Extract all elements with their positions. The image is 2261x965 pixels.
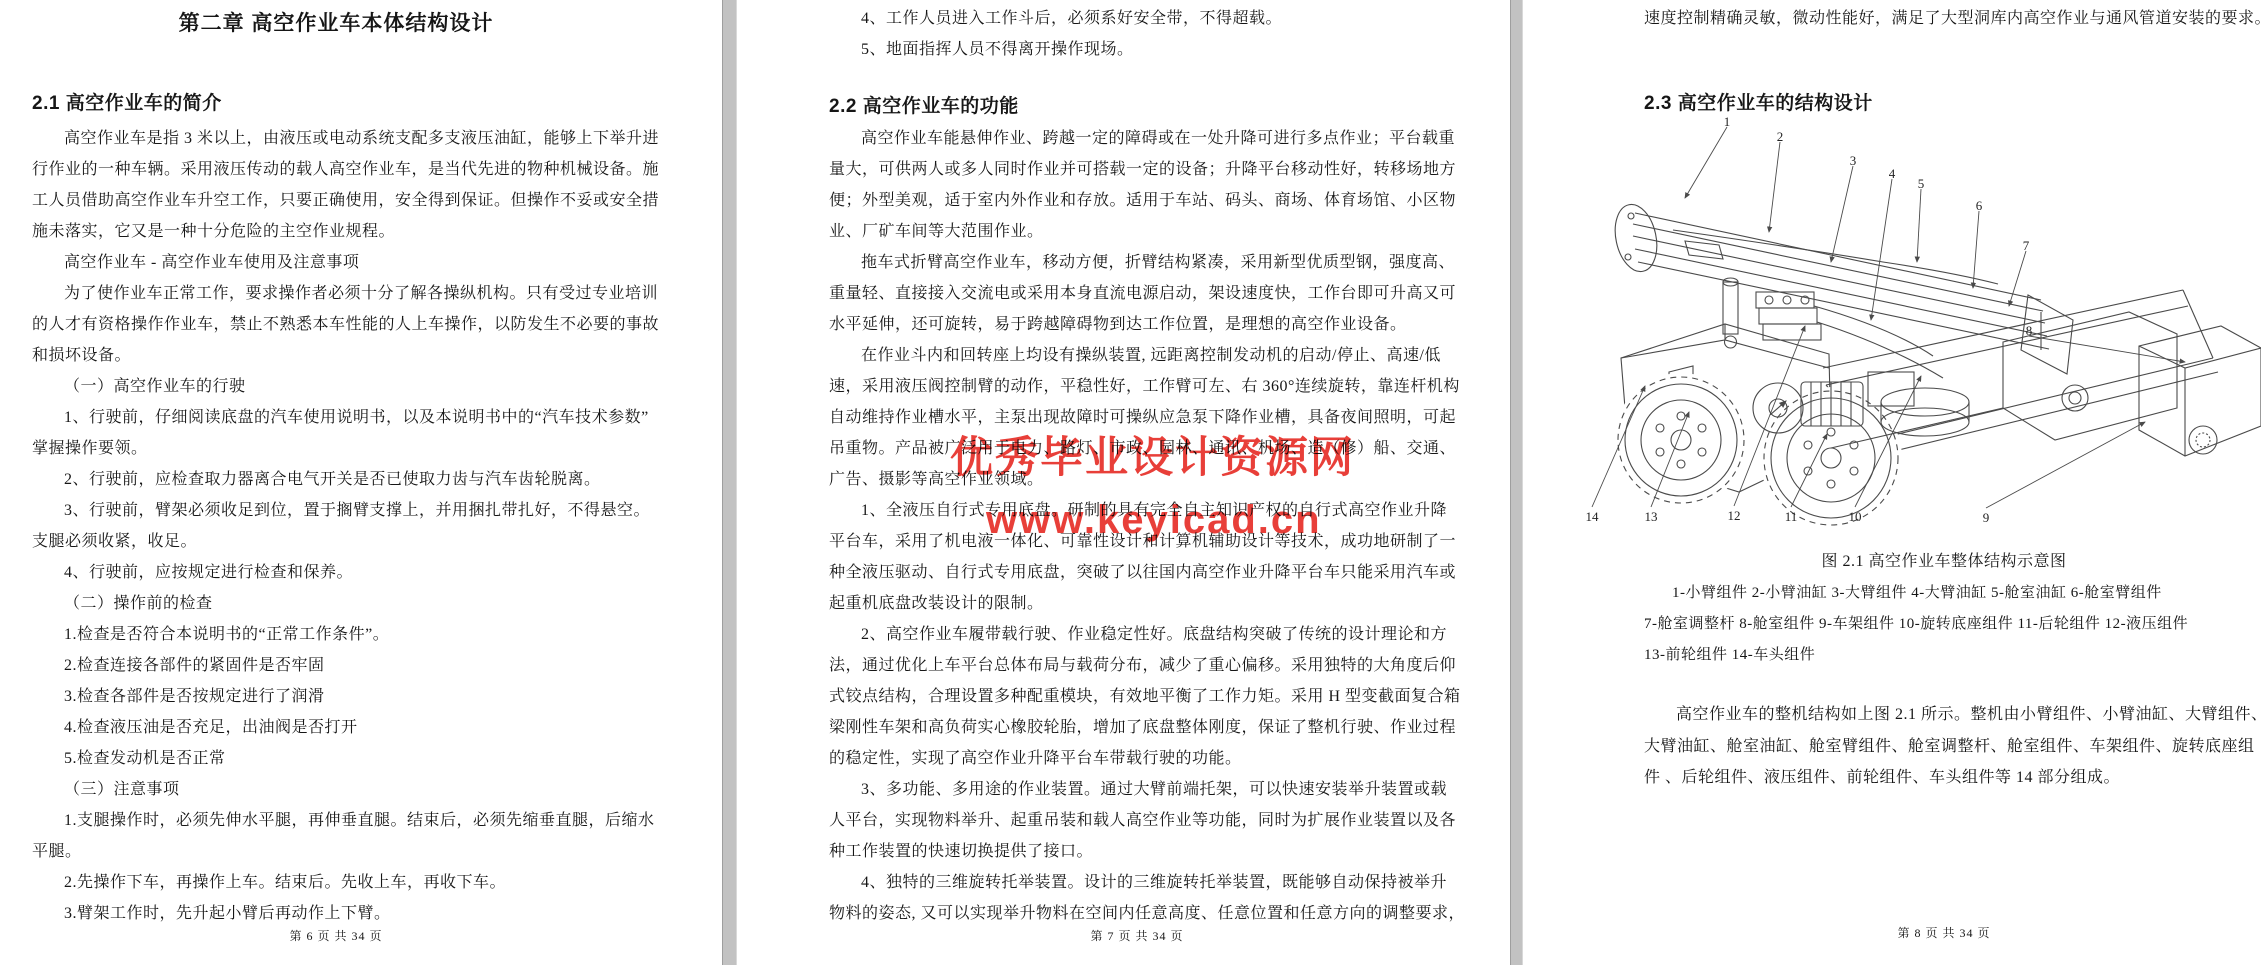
text-line: 为了使作业车正常工作，要求操作者必须十分了解各操纵机构。只有受过专业培训 [64,283,658,305]
section-heading: 2.1 高空作业车的简介 [32,92,222,116]
text-line: 2.先操作下车，再操作上车。结束后。先收上车，再收下车。 [64,872,506,894]
text-line: 种工作装置的快速切换提供了接口。 [829,841,1093,863]
callout-number: 7 [2023,238,2030,253]
text-line: 在作业斗内和回转座上均设有操纵装置, 远距离控制发动机的启动/停止、高速/低 [861,345,1441,367]
text-line: 3、多功能、多用途的作业装置。通过大臂前端托架，可以快速安装举升装置或载 [861,779,1447,801]
callout-number: 12 [1728,508,1741,523]
text-line: 平腿。 [32,841,82,863]
text-line: 2、高空作业车履带载行驶、作业稳定性好。底盘结构突破了传统的设计理论和方 [861,624,1447,646]
text-line: 速，采用液压阀控制臂的动作，平稳性好，工作臂可左、右 360°连续旋转，靠连杆机… [829,376,1460,398]
callout-number: 2 [1777,129,1784,144]
page-8: 1234567814131211109 速度控制精确灵敏，微动性能好，满足了大型… [1523,0,2261,965]
callout-leader-line [1871,179,1892,320]
text-line: 1.支腿操作时，必须先伸水平腿，再伸垂直腿。结束后，必须先缩垂直腿，后缩水 [64,810,655,832]
text-line: 2.检查连接各部件的紧固件是否牢固 [64,655,325,677]
text-line: 4、行驶前，应按规定进行检查和保养。 [64,562,353,584]
text-line: （二）操作前的检查 [64,593,213,615]
callout-number: 3 [1850,153,1857,168]
page-footer: 第 7 页 共 34 页 [829,928,1445,944]
page-6: 第二章 高空作业车本体结构设计2.1 高空作业车的简介高空作业车是指 3 米以上… [0,0,722,965]
callout-number: 10 [1849,509,1862,524]
text-line: 3、行驶前，臂架必须收足到位，置于搁臂支撑上，并用捆扎带扎好，不得悬空。 [64,500,650,522]
text-line: 5.检查发动机是否正常 [64,748,226,770]
text-line: 2、行驶前，应检查取力器离合电气开关是否已使取力齿与汽车齿轮脱离。 [64,469,601,491]
figure-parts-list-line: 13-前轮组件 14-车头组件 [1644,644,1815,666]
text-line: 梁刚性车架和高负荷实心橡胶轮胎，增加了底盘整体刚度，保证了整机行驶、作业过程 [829,717,1456,739]
text-line: 高空作业车 - 高空作业车使用及注意事项 [64,252,359,274]
chapter-title: 第二章 高空作业车本体结构设计 [32,11,640,37]
callout-number: 14 [1586,509,1600,524]
text-line: 高空作业车能悬伸作业、跨越一定的障碍或在一处升降可进行多点作业；平台载重 [861,128,1455,150]
text-line: 速度控制精确灵敏，微动性能好，满足了大型洞库内高空作业与通风管道安装的要求。 [1644,8,2261,30]
callout-number: 9 [1983,510,1990,525]
page-footer: 第 8 页 共 34 页 [1644,925,2244,941]
figure-caption: 图 2.1 高空作业车整体结构示意图 [1644,551,2244,573]
text-line: 业、厂矿车间等大范围作业。 [829,221,1044,243]
text-line: 的人才有资格操作作业车，禁止不熟悉本车性能的人上车操作，以防发生不必要的事故 [32,314,659,336]
text-line: 人平台，实现物料举升、起重吊装和载人高空作业等功能，同时为扩展作业装置以及各 [829,810,1456,832]
callout-number: 11 [1785,509,1798,524]
text-line: 和损坏设备。 [32,345,131,367]
vehicle-line-art [1609,201,2261,529]
text-line: 件 、后轮组件、液压组件、前轮组件、车头组件等 14 部分组成。 [1644,767,2120,789]
text-line: 拖车式折臂高空作业车，移动方便，折臂结构紧凑，采用新型优质型钢，强度高、 [861,252,1455,274]
callout-number: 6 [1976,198,1983,213]
watermark-site-url: www.keyicad.cn [986,498,1322,543]
text-line: 1、行驶前，仔细阅读底盘的汽车使用说明书，以及本说明书中的“汽车技术参数” [64,407,649,429]
callout-leader-line [1973,211,1979,288]
vehicle-structure-diagram-svg: 1234567814131211109 [1573,110,2261,540]
page-divider-1 [722,0,737,965]
callout-number: 8 [2026,323,2033,338]
text-line: 支腿必须收紧，收足。 [32,531,197,553]
text-line: 大臂油缸、舱室油缸、舱室臂组件、舱室调整杆、舱室组件、车架组件、旋转底座组 [1644,736,2255,758]
text-line: 4、工作人员进入工作斗后，必须系好安全带，不得超载。 [861,8,1282,30]
callout-leader-line [1986,422,2145,508]
callout-leader-line [1769,142,1780,232]
callout-leader-line [2009,251,2026,306]
text-line: 的稳定性，实现了高空作业升降平台车带载行驶的功能。 [829,748,1242,770]
callout-number: 5 [1918,176,1925,191]
callout-leader-line [1917,189,1921,262]
text-line: 4.检查液压油是否充足，出油阀是否打开 [64,717,358,739]
text-line: 式铰点结构，合理设置多种配重模块，有效地平衡了工作力矩。采用 H 型变截面复合箱 [829,686,1461,708]
figure-parts-list-line: 1-小臂组件 2-小臂油缸 3-大臂组件 4-大臂油缸 5-舱室油缸 6-舱室臂… [1672,582,2162,604]
callout-leader-line [2029,336,2185,362]
text-line: 4、独特的三维旋转托举装置。设计的三维旋转托举装置，既能够自动保持被举升 [861,872,1447,894]
text-line: 水平延伸，还可旋转，易于跨越障碍物到达工作位置，是理想的高空作业设备。 [829,314,1407,336]
text-line: （一）高空作业车的行驶 [64,376,246,398]
text-line: 法，通过优化上车平台总体布局与载荷分布，减少了重心偏移。采用独特的大角度后仰 [829,655,1456,677]
callout-number: 4 [1889,166,1896,181]
text-line: 3.臂架工作时，先升起小臂后再动作上下臂。 [64,903,391,925]
figure-2-1: 1234567814131211109 [1573,110,2261,540]
text-line: （三）注意事项 [64,779,180,801]
text-line: 工人员借助高空作业车升空工作，只要正确使用，安全得到保证。但操作不妥或安全措 [32,190,659,212]
page-divider-2 [1510,0,1523,965]
text-line: 行作业的一种车辆。采用液压传动的载人高空作业车，是当代先进的物种机械设备。施 [32,159,659,181]
text-line: 高空作业车的整机结构如上图 2.1 所示。整机由小臂组件、小臂油缸、大臂组件、 [1676,704,2261,726]
section-heading: 2.2 高空作业车的功能 [829,95,1019,119]
text-line: 便；外型美观，适于室内外作业和存放。适用于车站、码头、商场、体育场馆、小区物 [829,190,1456,212]
text-line: 高空作业车是指 3 米以上，由液压或电动系统支配多支液压油缸，能够上下举升进 [64,128,659,150]
text-line: 种全液压驱动、自行式专用底盘，突破了以往国内高空作业升降平台车只能采用汽车或 [829,562,1456,584]
callout-leader-line [1831,166,1853,262]
document-viewer: { "watermark": { "line1": "优秀毕业设计资源网", "… [0,0,2261,965]
text-line: 施未落实，它又是一种十分危险的主空作业规程。 [32,221,395,243]
text-line: 5、地面指挥人员不得离开操作现场。 [861,39,1134,61]
text-line: 物料的姿态, 又可以实现举升物料在空间内任意高度、任意位置和任意方向的调整要求， [829,903,1465,925]
figure-parts-list-line: 7-舱室调整杆 8-舱室组件 9-车架组件 10-旋转底座组件 11-后轮组件 … [1644,613,2188,635]
text-line: 3.检查各部件是否按规定进行了润滑 [64,686,325,708]
callout-number: 1 [1724,114,1731,129]
text-line: 1.检查是否符合本说明书的“正常工作条件”。 [64,624,389,646]
page-footer: 第 6 页 共 34 页 [32,928,640,944]
callout-number: 13 [1645,509,1658,524]
text-line: 起重机底盘改装设计的限制。 [829,593,1044,615]
text-line: 重量轻、直接接入交流电或采用本身直流电源启动，架设速度快，工作台即可升高又可 [829,283,1456,305]
text-line: 掌握操作要领。 [32,438,148,460]
callout-leader-line [1685,127,1727,198]
section-heading: 2.3 高空作业车的结构设计 [1644,92,1873,116]
watermark-site-name: 优秀毕业设计资源网 [950,424,1355,485]
text-line: 量大，可供两人或多人同时作业并可搭载一定的设备；升降平台移动性好，转移场地方 [829,159,1456,181]
